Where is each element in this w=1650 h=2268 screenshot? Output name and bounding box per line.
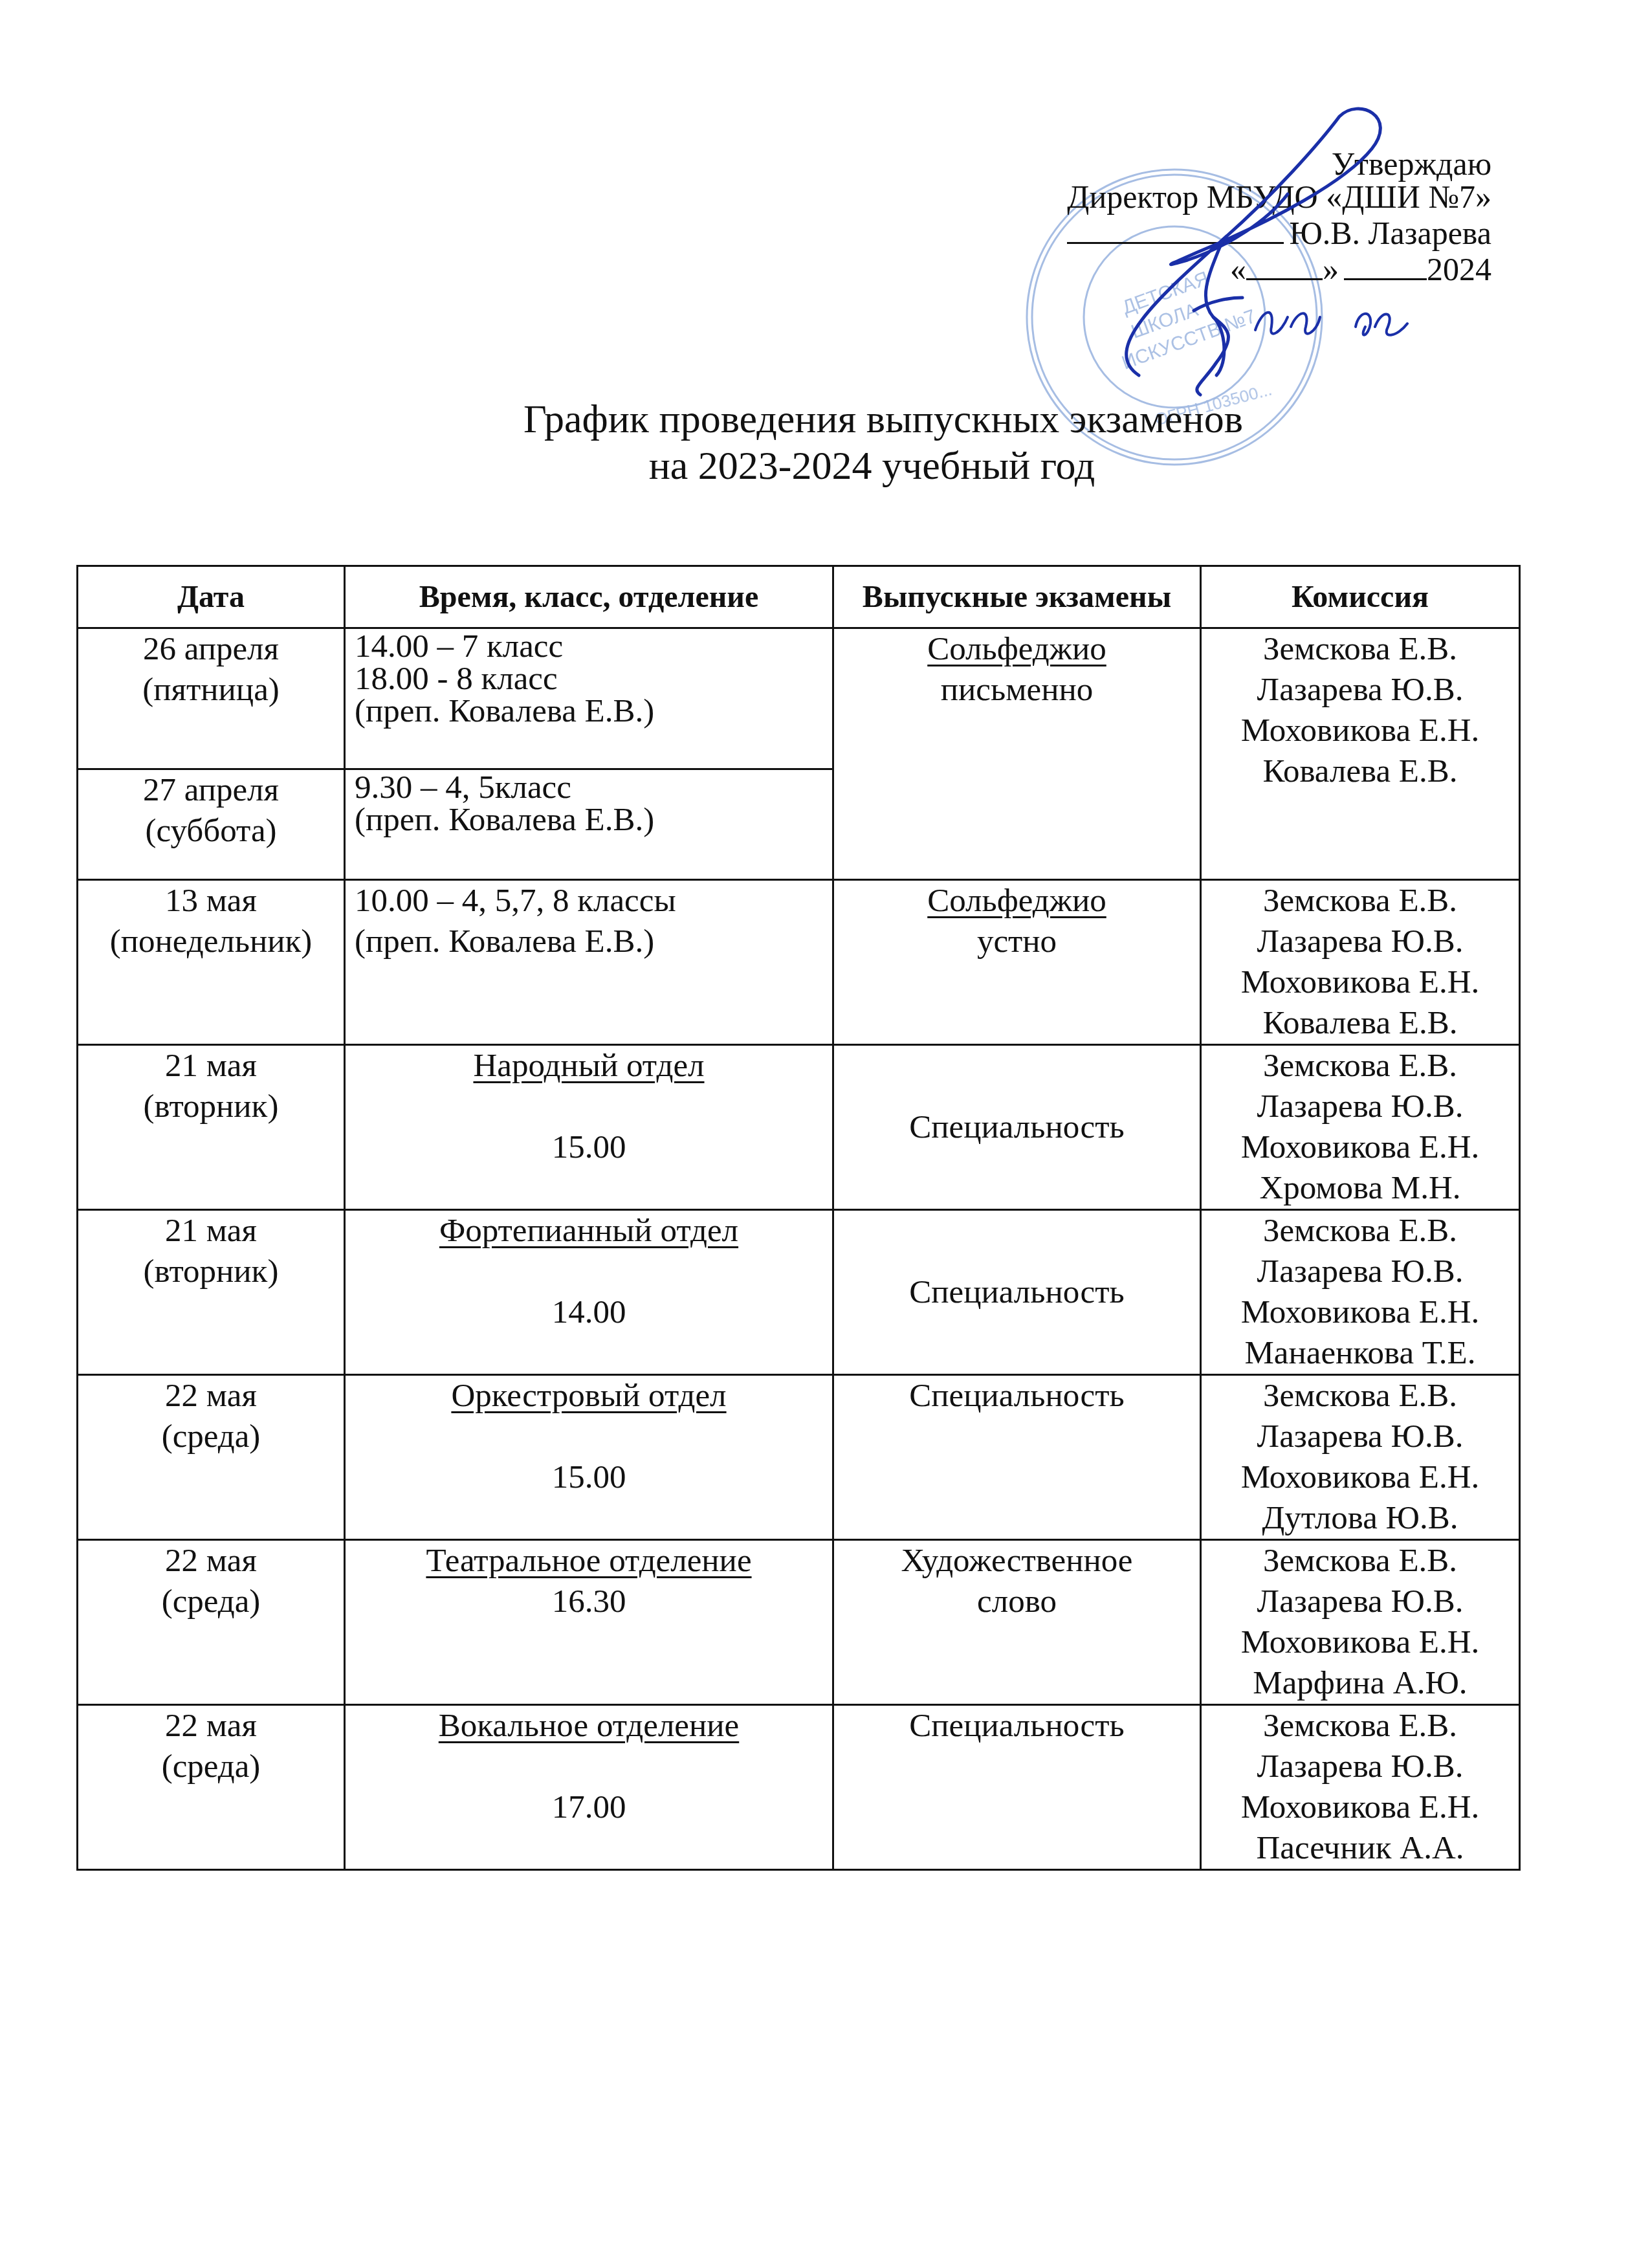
table-row: 22 мая (среда) Вокальное отделение 17.00… <box>78 1705 1520 1870</box>
exam-time: 15.00 <box>352 1127 826 1168</box>
weekday: (понедельник) <box>85 921 337 962</box>
cell-date: 21 мая (вторник) <box>78 1045 345 1210</box>
date-open-quote: « <box>1230 251 1246 287</box>
cell-date: 27 апреля (суббота) <box>78 769 345 880</box>
weekday: (суббота) <box>85 811 337 852</box>
document-title: График проведения выпускных экзаменов на… <box>0 396 1650 489</box>
weekday: (пятница) <box>85 670 337 710</box>
commission-member: Моховикова Е.Н. <box>1208 1292 1512 1333</box>
time-line: 10.00 – 4, 5,7, 8 классы <box>355 881 826 921</box>
cell-department: Оркестровый отдел 15.00 <box>345 1375 833 1540</box>
cell-exam: Специальность <box>833 1375 1201 1540</box>
commission-member: Моховикова Е.Н. <box>1208 1127 1512 1168</box>
commission-member: Марфина А.Ю. <box>1208 1663 1512 1704</box>
table-header-row: Дата Время, класс, отделение Выпускные э… <box>78 566 1520 628</box>
table-row: 13 мая (понедельник) 10.00 – 4, 5,7, 8 к… <box>78 880 1520 1045</box>
date: 21 мая <box>85 1211 337 1251</box>
approval-position: Директор МБУДО «ДШИ №7» <box>1067 181 1491 214</box>
commission-member: Ковалева Е.В. <box>1208 751 1512 792</box>
cell-date: 22 мая (среда) <box>78 1705 345 1870</box>
weekday: (среда) <box>85 1746 337 1787</box>
cell-exam: Специальность <box>833 1210 1201 1375</box>
handwritten-month <box>1356 314 1370 335</box>
table-row: 26 апреля (пятница) 14.00 – 7 класс 18.0… <box>78 628 1520 769</box>
cell-exam: Специальность <box>833 1705 1201 1870</box>
cell-commission: Земскова Е.В. Лазарева Ю.В. Моховикова Е… <box>1201 880 1520 1045</box>
stamp-inner-text-3: ИСКУССТВ №7 <box>1119 305 1259 374</box>
cell-date: 13 мая (понедельник) <box>78 880 345 1045</box>
cell-commission: Земскова Е.В. Лазарева Ю.В. Моховикова Е… <box>1201 1540 1520 1705</box>
commission-member: Земскова Е.В. <box>1208 1376 1512 1416</box>
cell-time: 14.00 – 7 класс 18.00 - 8 класс (преп. К… <box>345 628 833 769</box>
department-name: Вокальное отделение <box>352 1706 826 1746</box>
exam-name: Специальность <box>841 1272 1193 1313</box>
date-close-quote: » <box>1323 251 1339 287</box>
commission-member: Земскова Е.В. <box>1208 1211 1512 1251</box>
date: 22 мая <box>85 1706 337 1746</box>
commission-member: Лазарева Ю.В. <box>1208 1086 1512 1127</box>
weekday: (вторник) <box>85 1086 337 1127</box>
cell-commission: Земскова Е.В. Лазарева Ю.В. Моховикова Е… <box>1201 1210 1520 1375</box>
commission-member: Манаенкова Т.Е. <box>1208 1333 1512 1374</box>
weekday: (вторник) <box>85 1251 337 1292</box>
exam-name: Специальность <box>841 1107 1193 1148</box>
time-line: (преп. Ковалева Е.В.) <box>355 921 826 962</box>
approval-date: «»2024 <box>1067 250 1491 286</box>
commission-member: Моховикова Е.Н. <box>1208 1787 1512 1828</box>
handwritten-day <box>1255 313 1288 334</box>
commission-member: Земскова Е.В. <box>1208 881 1512 921</box>
time-line: (преп. Ковалева Е.В.) <box>355 695 826 727</box>
approval-signer: Ю.В. Лазарева <box>1067 214 1491 250</box>
cell-commission: Земскова Е.В. Лазарева Ю.В. Моховикова Е… <box>1201 1375 1520 1540</box>
table-row: 22 мая (среда) Оркестровый отдел 15.00 С… <box>78 1375 1520 1540</box>
title-line-1: График проведения выпускных экзаменов <box>0 396 1650 443</box>
cell-exam: Специальность <box>833 1045 1201 1210</box>
commission-member: Дутлова Ю.В. <box>1208 1498 1512 1539</box>
cell-commission: Земскова Е.В. Лазарева Ю.В. Моховикова Е… <box>1201 1705 1520 1870</box>
exam-name: Специальность <box>841 1706 1193 1746</box>
date: 21 мая <box>85 1046 337 1086</box>
commission-member: Земскова Е.В. <box>1208 629 1512 670</box>
signature-line <box>1067 214 1284 244</box>
cell-exam: Художественное слово <box>833 1540 1201 1705</box>
commission-member: Моховикова Е.Н. <box>1208 962 1512 1003</box>
exam-subtitle: устно <box>841 921 1193 962</box>
exam-time: 17.00 <box>352 1787 826 1828</box>
commission-member: Моховикова Е.Н. <box>1208 710 1512 751</box>
commission-member: Моховикова Е.Н. <box>1208 1457 1512 1498</box>
exam-time: 15.00 <box>352 1457 826 1498</box>
exam-time: 14.00 <box>352 1292 826 1333</box>
header-exams: Выпускные экзамены <box>833 566 1201 628</box>
stamp-inner-text-2: ШКОЛА <box>1128 299 1201 343</box>
signer-name: Ю.В. Лазарева <box>1289 215 1491 251</box>
department-name: Оркестровый отдел <box>352 1376 826 1416</box>
commission-member: Лазарева Ю.В. <box>1208 670 1512 710</box>
table-row: 21 мая (вторник) Фортепианный отдел 14.0… <box>78 1210 1520 1375</box>
cell-department: Народный отдел 15.00 <box>345 1045 833 1210</box>
time-line: 9.30 – 4, 5класс <box>355 771 826 804</box>
commission-member: Хромова М.Н. <box>1208 1168 1512 1209</box>
weekday: (среда) <box>85 1416 337 1457</box>
time-line: 18.00 - 8 класс <box>355 663 826 695</box>
exam-name-line: Художественное <box>841 1541 1193 1581</box>
cell-exam: Сольфеджио устно <box>833 880 1201 1045</box>
date-day-line <box>1246 250 1323 280</box>
cell-date: 21 мая (вторник) <box>78 1210 345 1375</box>
table-row: 21 мая (вторник) Народный отдел 15.00 Сп… <box>78 1045 1520 1210</box>
cell-exam: Сольфеджио письменно <box>833 628 1201 880</box>
title-line-2: на 2023-2024 учебный год <box>0 443 1650 489</box>
department-name: Театральное отделение <box>352 1541 826 1581</box>
exam-title: Сольфеджио <box>841 629 1193 670</box>
commission-member: Земскова Е.В. <box>1208 1706 1512 1746</box>
exam-time: 16.30 <box>352 1581 826 1622</box>
cell-date: 22 мая (среда) <box>78 1375 345 1540</box>
commission-member: Моховикова Е.Н. <box>1208 1622 1512 1663</box>
commission-member: Лазарева Ю.В. <box>1208 1251 1512 1292</box>
commission-member: Ковалева Е.В. <box>1208 1003 1512 1044</box>
header-date: Дата <box>78 566 345 628</box>
approval-heading: Утверждаю <box>1067 148 1491 181</box>
commission-member: Лазарева Ю.В. <box>1208 1581 1512 1622</box>
time-line: 14.00 – 7 класс <box>355 630 826 663</box>
date: 26 апреля <box>85 629 337 670</box>
exam-title: Сольфеджио <box>841 881 1193 921</box>
cell-time: 9.30 – 4, 5класс (преп. Ковалева Е.В.) <box>345 769 833 880</box>
cell-date: 22 мая (среда) <box>78 1540 345 1705</box>
exam-name-line: слово <box>841 1581 1193 1622</box>
commission-member: Земскова Е.В. <box>1208 1046 1512 1086</box>
commission-member: Земскова Е.В. <box>1208 1541 1512 1581</box>
cell-time: 10.00 – 4, 5,7, 8 классы (преп. Ковалева… <box>345 880 833 1045</box>
cell-department: Фортепианный отдел 14.00 <box>345 1210 833 1375</box>
time-line: (преп. Ковалева Е.В.) <box>355 804 826 836</box>
exam-subtitle: письменно <box>841 670 1193 710</box>
exam-name: Специальность <box>841 1376 1193 1416</box>
cell-date: 26 апреля (пятница) <box>78 628 345 769</box>
commission-member: Лазарева Ю.В. <box>1208 1416 1512 1457</box>
date: 22 мая <box>85 1376 337 1416</box>
cell-department: Вокальное отделение 17.00 <box>345 1705 833 1870</box>
header-commission: Комиссия <box>1201 566 1520 628</box>
table-row: 22 мая (среда) Театральное отделение 16.… <box>78 1540 1520 1705</box>
department-name: Народный отдел <box>352 1046 826 1086</box>
weekday: (среда) <box>85 1581 337 1622</box>
header-time-class: Время, класс, отделение <box>345 566 833 628</box>
date: 22 мая <box>85 1541 337 1581</box>
date-year: 2024 <box>1427 251 1491 287</box>
date: 13 мая <box>85 881 337 921</box>
cell-department: Театральное отделение 16.30 <box>345 1540 833 1705</box>
commission-member: Лазарева Ю.В. <box>1208 1746 1512 1787</box>
date-month-line <box>1344 250 1427 280</box>
commission-member: Лазарева Ю.В. <box>1208 921 1512 962</box>
exam-schedule-table: Дата Время, класс, отделение Выпускные э… <box>76 565 1521 1871</box>
commission-member: Пасечник А.А. <box>1208 1828 1512 1869</box>
approval-block: Утверждаю Директор МБУДО «ДШИ №7» Ю.В. Л… <box>1067 148 1491 286</box>
cell-commission: Земскова Е.В. Лазарева Ю.В. Моховикова Е… <box>1201 1045 1520 1210</box>
department-name: Фортепианный отдел <box>352 1211 826 1251</box>
date: 27 апреля <box>85 770 337 811</box>
cell-commission: Земскова Е.В. Лазарева Ю.В. Моховикова Е… <box>1201 628 1520 880</box>
